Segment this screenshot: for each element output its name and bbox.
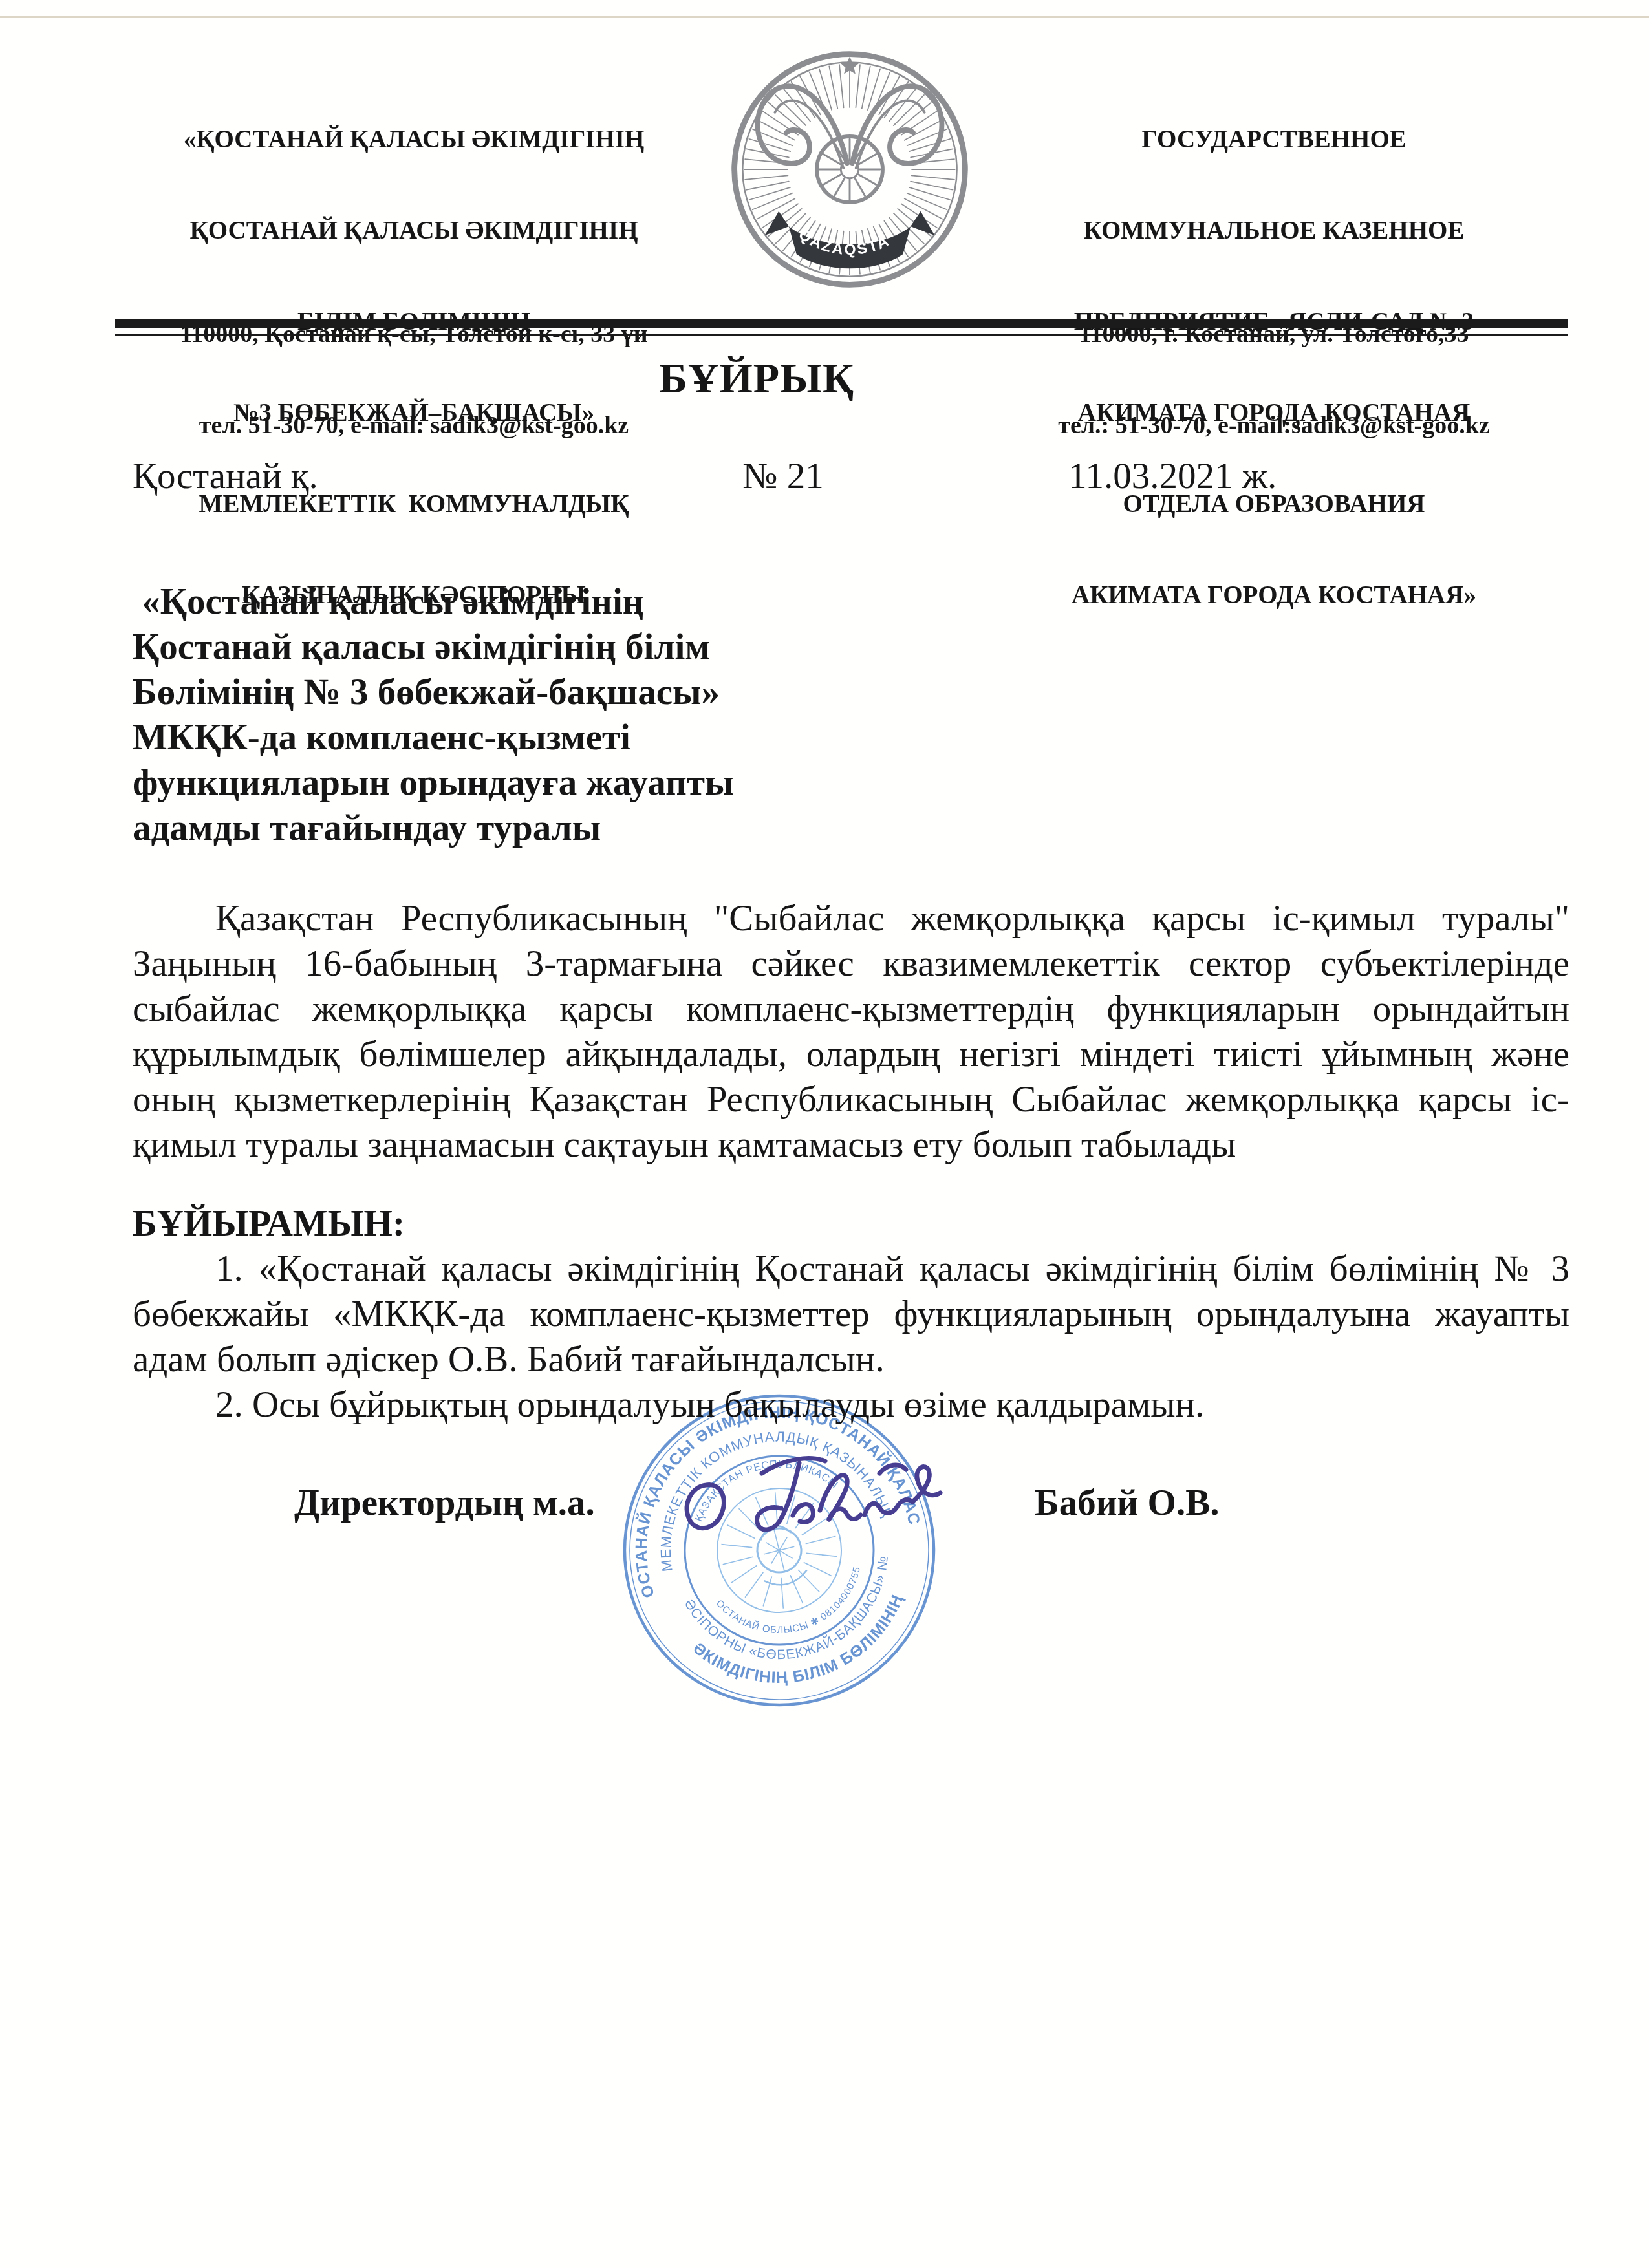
decree-word: БҰЙЫРАМЫН: — [133, 1201, 405, 1246]
subject-line: Бөлімінің № 3 бөбекжай-бақшасы» — [133, 670, 733, 715]
order-number: № 21 — [742, 454, 824, 499]
subject-line: функцияларын орындауға жауапты — [133, 760, 733, 806]
order-date: 11.03.2021 ж. — [1068, 454, 1277, 499]
signer-position-label: Директордың м.а. — [294, 1482, 595, 1524]
subject-line: Қостанай қаласы әкімдігінің білім — [133, 625, 733, 670]
kazakhstan-emblem-icon: QAZAQSTAN — [723, 43, 976, 296]
org-line: ҚОСТАНАЙ ҚАЛАСЫ ӘКІМДІГІНІҢ — [145, 215, 682, 246]
order-city: Қостанай қ. — [133, 454, 318, 499]
org-line: АКИМАТА ГОРОДА КОСТАНАЯ» — [973, 580, 1575, 610]
org-line: КОММУНАЛЬНОЕ КАЗЕННОЕ — [973, 215, 1575, 246]
header-divider — [115, 319, 1568, 336]
scan-artifact-line — [0, 16, 1649, 18]
document-title: БҰЙРЫҚ — [0, 354, 1581, 403]
order-item-1: 1. «Қостанай қаласы әкімдігінің Қостанай… — [133, 1246, 1569, 1382]
address-line: тел.: 51-30-70, e-mail:sadik3@kst-goo.kz — [973, 411, 1575, 441]
subject-line: «Қостанай қаласы әкімдігінің — [133, 579, 733, 625]
scanned-order-document: «ҚОСТАНАЙ ҚАЛАСЫ ӘКІМДІГІНІҢ ҚОСТАНАЙ ҚА… — [0, 0, 1649, 2268]
handwritten-signature — [666, 1439, 951, 1568]
address-line: тел. 51-30-70, e-mail: sadik3@kst-goo.kz — [145, 411, 682, 441]
subject-line: МКҚК-да комплаенс-қызметі — [133, 715, 733, 760]
order-subject: «Қостанай қаласы әкімдігінің Қостанай қа… — [133, 579, 733, 851]
order-body-paragraph: Қазақстан Республикасының "Сыбайлас жемқ… — [133, 896, 1569, 1168]
org-line: ГОСУДАРСТВЕННОЕ — [973, 124, 1575, 155]
subject-line: адамды тағайындау туралы — [133, 806, 733, 851]
signer-name: Бабий О.В. — [1035, 1482, 1219, 1524]
org-line: «ҚОСТАНАЙ ҚАЛАСЫ ӘКІМДІГІНІҢ — [145, 124, 682, 155]
